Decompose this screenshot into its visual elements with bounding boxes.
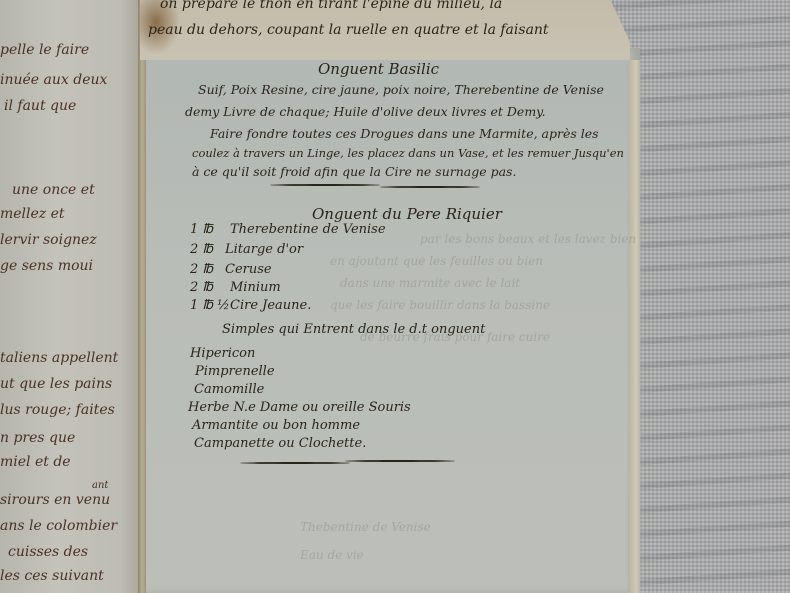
book-gutter [138,0,146,593]
left-page-line: miel et de [0,454,71,470]
main-page-edge [628,60,642,593]
bleed-through-line: Thebentine de Venise [300,520,431,534]
ingredient-name: Ceruse [225,262,272,277]
left-page-line: ut que les pains [0,376,112,392]
left-page-line: il faut que [4,98,76,114]
recipe-title-onguent-basilic: Onguent Basilic [318,60,439,78]
bleed-through-line: dans une marmite avec le lait [340,276,520,290]
ingredient-name: Cire Jeaune. [230,298,311,313]
left-page-line: les ces suivant [0,568,104,584]
simple-item: Camomille [194,382,264,397]
left-page-superscript: ant [92,480,108,491]
simple-item: Pimprenelle [195,364,275,379]
bleed-through-line: par les bons beaux et les lavez bien [420,232,636,246]
left-page-line: cuisses des [8,544,88,560]
simple-item: Campanette ou Clochette. [194,436,366,451]
left-page-line: lus rouge; faites [0,402,115,418]
left-page-line: mellez et [0,206,65,222]
recipe1-line: demy Livre de chaque; Huile d'olive deux… [185,104,546,119]
flourish-divider [380,186,480,188]
top-sheet-line: on prepare le thon en tirant l'epine du … [160,0,502,12]
recipe1-line: Suif, Poix Resine, cire jaune, poix noir… [198,82,604,97]
left-page-line: sirours en venu [0,492,110,508]
left-page-line: taliens appellent [0,350,118,366]
ingredient-qty: 2 ℔ [190,262,213,277]
left-page-line: pelle le faire [0,42,89,58]
recipe1-line: à ce qu'il soit froid afin que la Cire n… [192,164,516,179]
bleed-through-line: que les faire bouillir dans la bassine [330,298,550,312]
simple-item: Hipericon [190,346,255,361]
ingredient-name: Litarge d'or [225,242,303,257]
ingredient-name: Minium [230,280,281,295]
bleed-through-line: en ajoutant que les feuilles ou bien [330,254,543,268]
simples-subtitle: Simples qui Entrent dans le d.t onguent [222,322,485,337]
ingredient-qty: 2 ℔ [190,280,213,295]
left-page-line: ans le colombier [0,518,117,534]
simple-item: Herbe N.e Dame ou oreille Souris [188,400,411,415]
simple-item: Armantite ou bon homme [192,418,360,433]
flourish-divider [345,460,455,462]
left-page-line: une once et [12,182,95,198]
left-page-line: inuée aux deux [0,72,107,88]
ingredient-qty: 1 ℔ ½ [190,298,230,313]
left-page-line: n pres que [0,430,75,446]
flourish-divider [240,462,350,464]
recipe-title-pere-riquier: Onguent du Pere Riquier [312,205,502,223]
recipe1-line: coulez à travers un Linge, les placez da… [192,146,624,160]
top-sheet-line: peau du dehors, coupant la ruelle en qua… [148,22,549,38]
recipe1-line: Faire fondre toutes ces Drogues dans une… [210,126,599,141]
ingredient-name: Therebentine de Venise [230,222,386,237]
bleed-through-line: Eau de vie [300,548,364,562]
left-page-line: lervir soignez [0,232,97,248]
flourish-divider [270,184,380,186]
ingredient-qty: 1 ℔ [190,222,213,237]
left-page-line: ge sens moui [0,258,93,274]
ingredient-qty: 2 ℔ [190,242,213,257]
